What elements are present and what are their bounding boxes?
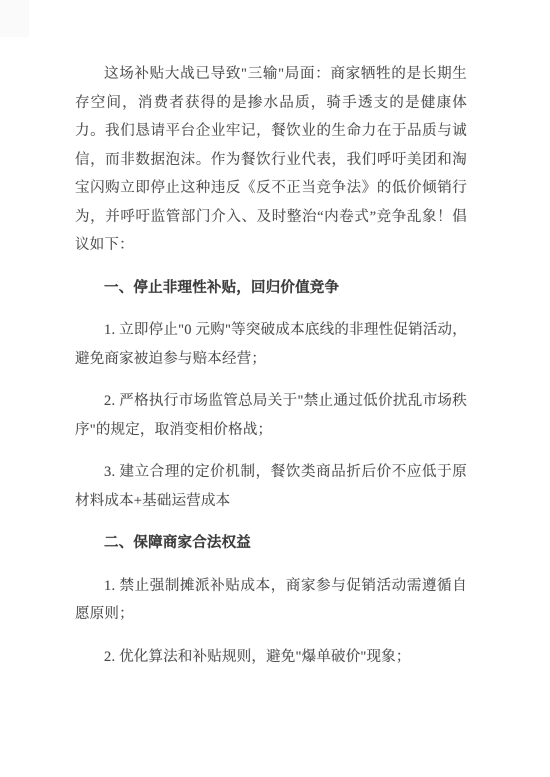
paragraph: 1. 禁止强制摊派补贴成本，商家参与促销活动需遵循自愿原则； xyxy=(75,572,467,629)
paragraph: 2. 优化算法和补贴规则，避免"爆单破价"现象； xyxy=(75,643,467,672)
paragraph: 3. 建立合理的定价机制，餐饮类商品折后价不应低于原材料成本+基础运营成本 xyxy=(75,458,467,515)
document-page: 这场补贴大战已导致"三输"局面：商家牺牲的是长期生存空间，消费者获得的是掺水品质… xyxy=(0,0,550,777)
scan-shadow-artifact xyxy=(0,0,29,37)
paragraph: 1. 立即停止"0 元购"等突破成本底线的非理性促销活动，避免商家被迫参与赔本经… xyxy=(75,316,467,373)
section-heading: 二、保障商家合法权益 xyxy=(75,529,467,558)
document-body: 这场补贴大战已导致"三输"局面：商家牺牲的是长期生存空间，消费者获得的是掺水品质… xyxy=(75,60,467,685)
paragraph: 2. 严格执行市场监管总局关于"禁止通过低价扰乱市场秩序"的规定，取消变相价格战… xyxy=(75,387,467,444)
paragraph: 这场补贴大战已导致"三输"局面：商家牺牲的是长期生存空间，消费者获得的是掺水品质… xyxy=(75,60,467,260)
section-heading: 一、停止非理性补贴，回归价值竞争 xyxy=(75,274,467,303)
